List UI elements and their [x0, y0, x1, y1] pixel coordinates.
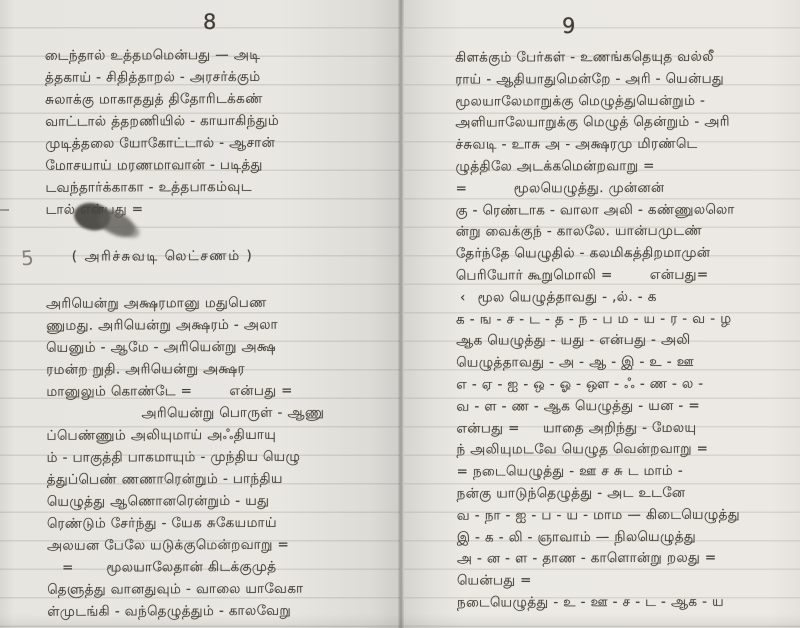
handwritten-line: கு - ரெண்டாக - வாலா அலி - கண்ணுலலொ	[456, 199, 800, 222]
handwritten-line: வாட்டால் த்தறணியில் - காயாகிந்தும்	[45, 109, 443, 133]
right-page: 9 கிளக்கும் பேர்கள் - உணங்கதெயுத வல்லீரா…	[404, 0, 800, 628]
handwritten-line: நடையெழுத்து - உ - ஊ - ச - ட - ஆக - ய	[457, 591, 800, 614]
handwritten-line: ன்று வைக்குந் - காலலே. யான்பமுடண்	[456, 221, 800, 244]
handwritten-line: தேர்ந்தே யெழுதில் - கலமிகத்திறமாமுன்	[456, 242, 800, 265]
manuscript-scan: 8 5 டைந்தால் உத்தமமென்பது — அடித்தகாய் -…	[0, 0, 800, 628]
handwritten-line: ‹ மூல யெழுத்தாவது - ,ல். - க	[460, 286, 800, 309]
handwritten-line: ம் - பாகுத்தி பாகமாயும் - முந்திய யெழு	[47, 445, 445, 469]
handwritten-line: டவந்தார்க்காகா - உத்தபாகம்வுட	[45, 175, 443, 199]
handwritten-line: ப்பெண்ணும் அலியுமாய் அஃதியாயு	[46, 423, 444, 447]
handwritten-line: ணுமது. அரியென்று அக்ஷரம் - அலா	[46, 313, 444, 337]
handwritten-line: மானுலும் கொண்டே = என்பது =	[46, 379, 444, 403]
handwritten-line: அலயன பேலே யடுக்குமென்றவாறு =	[47, 533, 445, 557]
handwritten-line: யென்பது =	[457, 569, 800, 592]
handwritten-line: நன்கு யாடுந்தெழுத்து - அட உடனே	[457, 482, 800, 505]
handwritten-line: ராய் - ஆதியாதுமென்றே - அரி - யென்பது	[455, 68, 800, 91]
handwritten-line: மோசயாய் மரணமாவான் - படித்து	[45, 153, 443, 177]
left-page-text: டைந்தால் உத்தமமென்பது — அடித்தகாய் - சித…	[0, 0, 445, 623]
handwritten-line: கிளக்கும் பேர்கள் - உணங்கதெயுத வல்லீ	[455, 46, 800, 69]
handwritten-line: அளியாலேயாறுக்கு மெழுத் தென்றும் - அரி	[455, 112, 800, 135]
handwritten-line: தெளுத்து வானதுவும் - வாலை யாவேகா	[47, 577, 445, 601]
handwritten-line: இ - க - லி - ஞாவாம் — நிலயெழுத்து	[457, 526, 800, 549]
handwritten-line: முடித்தலை யோகோட்டால் - ஆசான்	[45, 131, 443, 155]
handwritten-line: என்பது = யாதை அறிந்து - மேலயு	[456, 417, 800, 440]
handwritten-line: = மூலயாலேதான் கிடக்குமுத்	[62, 555, 445, 579]
section-heading: ( அரிச்சுவடி லெட்சணம் )	[72, 244, 444, 268]
handwritten-line: யெழுத்து ஆணொனரென்றும் - யது	[47, 489, 445, 513]
handwritten-line: ழுத்திலே அடக்கமென்றவாறு =	[455, 155, 800, 178]
handwritten-line: த்துப்பெண் ணணாரென்றும் - பாந்திய	[47, 467, 445, 491]
handwritten-line: சுலாக்கு மாகாததுத் திதோரிடக்கண்	[45, 87, 443, 111]
handwritten-line: வ - நா - ஐ - ப - ய - மாம — கிடையெழுத்து	[457, 504, 800, 527]
left-page: 8 5 டைந்தால் உத்தமமென்பது — அடித்தகாய் -…	[0, 0, 400, 628]
handwritten-line: = நடையெழுத்து - ஊ ச சு ட மாம் -	[457, 460, 800, 483]
handwritten-line: = மூலயெழுத்து. முன்னன்	[456, 177, 800, 200]
handwritten-line: அ - ன - ள - தாண - காளொன்று றலது =	[457, 548, 800, 571]
page-bottom-shadow	[0, 614, 800, 628]
handwritten-line: ரெண்டும் சேர்ந்து - யேக சுகேயமாய்	[47, 511, 445, 535]
right-page-text: கிளக்கும் பேர்கள் - உணங்கதெயுத வல்லீராய்…	[403, 0, 800, 614]
handwritten-line: த்தகாய் - சிதித்தாறல் - அரசர்க்கும்	[45, 65, 443, 89]
handwritten-line: ரமன்ற றுதி. அரியென்று அக்ஷர	[46, 357, 444, 381]
handwritten-line: ந் அலியுமடவே யெழுத வென்றவாறு =	[456, 439, 800, 462]
handwritten-line: டால் என்பது =	[46, 197, 444, 221]
handwritten-line: அரியென்று அக்ஷரமானு மதுபெண	[46, 291, 444, 315]
handwritten-line: யெனும் - ஆமே - அரியென்று அக்ஷ	[46, 335, 444, 359]
handwritten-line: பெரியோர் கூறுமொலி = என்பது=	[456, 264, 800, 287]
handwritten-line: ச்சுவடி - உாசு அ - அக்ஷரமு மிரண்டெ	[455, 133, 800, 156]
handwritten-line: எ - ஏ - ஐ - ஒ - ஓ - ஔ - ஃ - ண - ல -	[456, 373, 800, 396]
handwritten-line: க - ங - ச - ட - த - ந - ப ம - ய - ர - வ …	[456, 308, 800, 331]
handwritten-line: ஆக யெழுத்து - யது - என்பது - அலி	[456, 330, 800, 353]
handwritten-line: மூலயாலேமாறுக்கு மெழுத்துயென்றும் -	[455, 90, 800, 113]
handwritten-line: டைந்தால் உத்தமமென்பது — அடி	[45, 43, 443, 67]
handwritten-line: வ - ள - ண - ஆக யெழுத்து - யன - =	[456, 395, 800, 418]
handwritten-line: யெழுத்தாவது - அ - ஆ - இ - உ - ஊ	[456, 351, 800, 374]
